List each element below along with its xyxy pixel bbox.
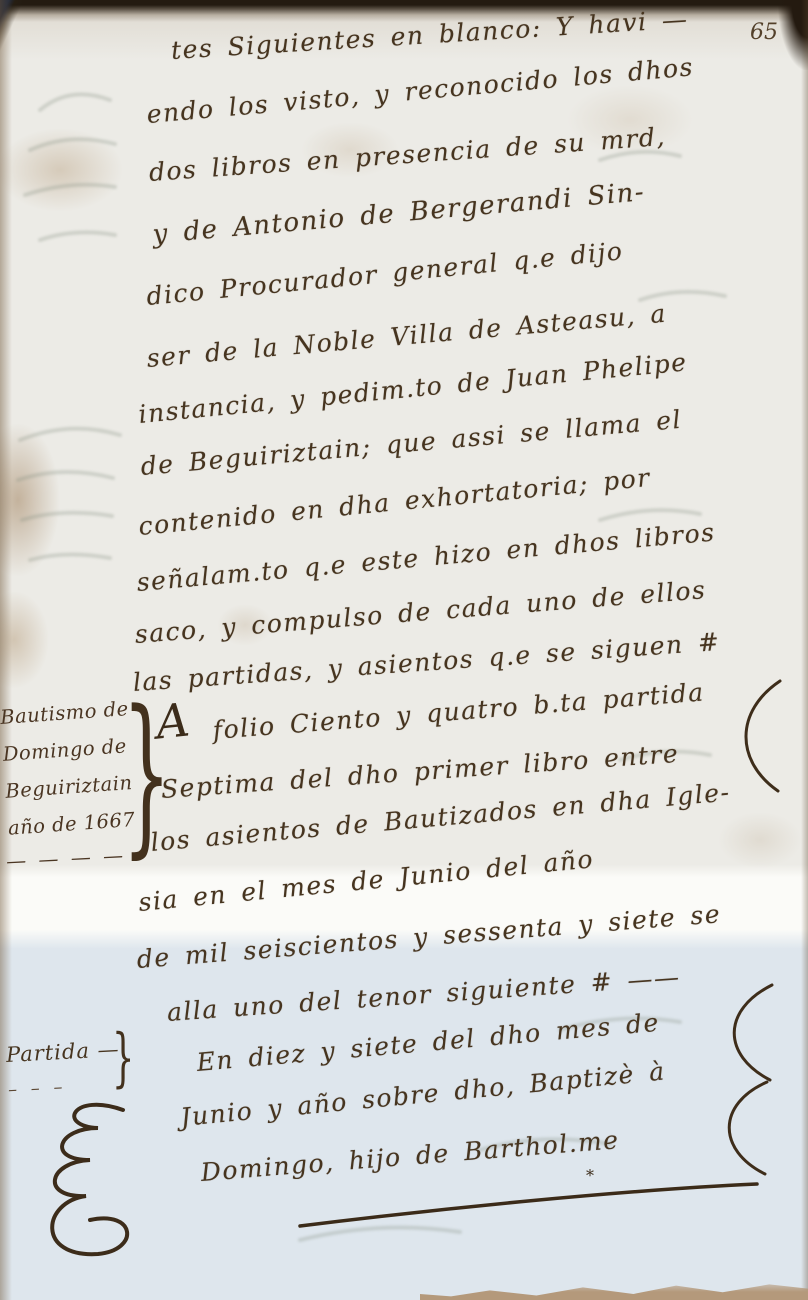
underline-star-mark: * — [586, 1166, 594, 1185]
line-end-curl-flourish — [712, 980, 782, 1085]
margin-note-partida-label: Partida — [5, 1039, 90, 1067]
line-end-curl-flourish — [705, 1078, 780, 1178]
rubric-flourish — [28, 1098, 158, 1278]
underline-flourish — [295, 1178, 765, 1233]
margin-brace-icon: } — [122, 688, 171, 860]
page-number: 65 — [750, 20, 778, 45]
manuscript-page: 65 tes Siguientes en blanco: Y havi — en… — [0, 0, 808, 1300]
margin-brace-small-icon: } — [112, 1026, 134, 1090]
line-end-curl-flourish — [730, 676, 786, 796]
margin-note-partida-dashes: – – – — [7, 1076, 66, 1100]
